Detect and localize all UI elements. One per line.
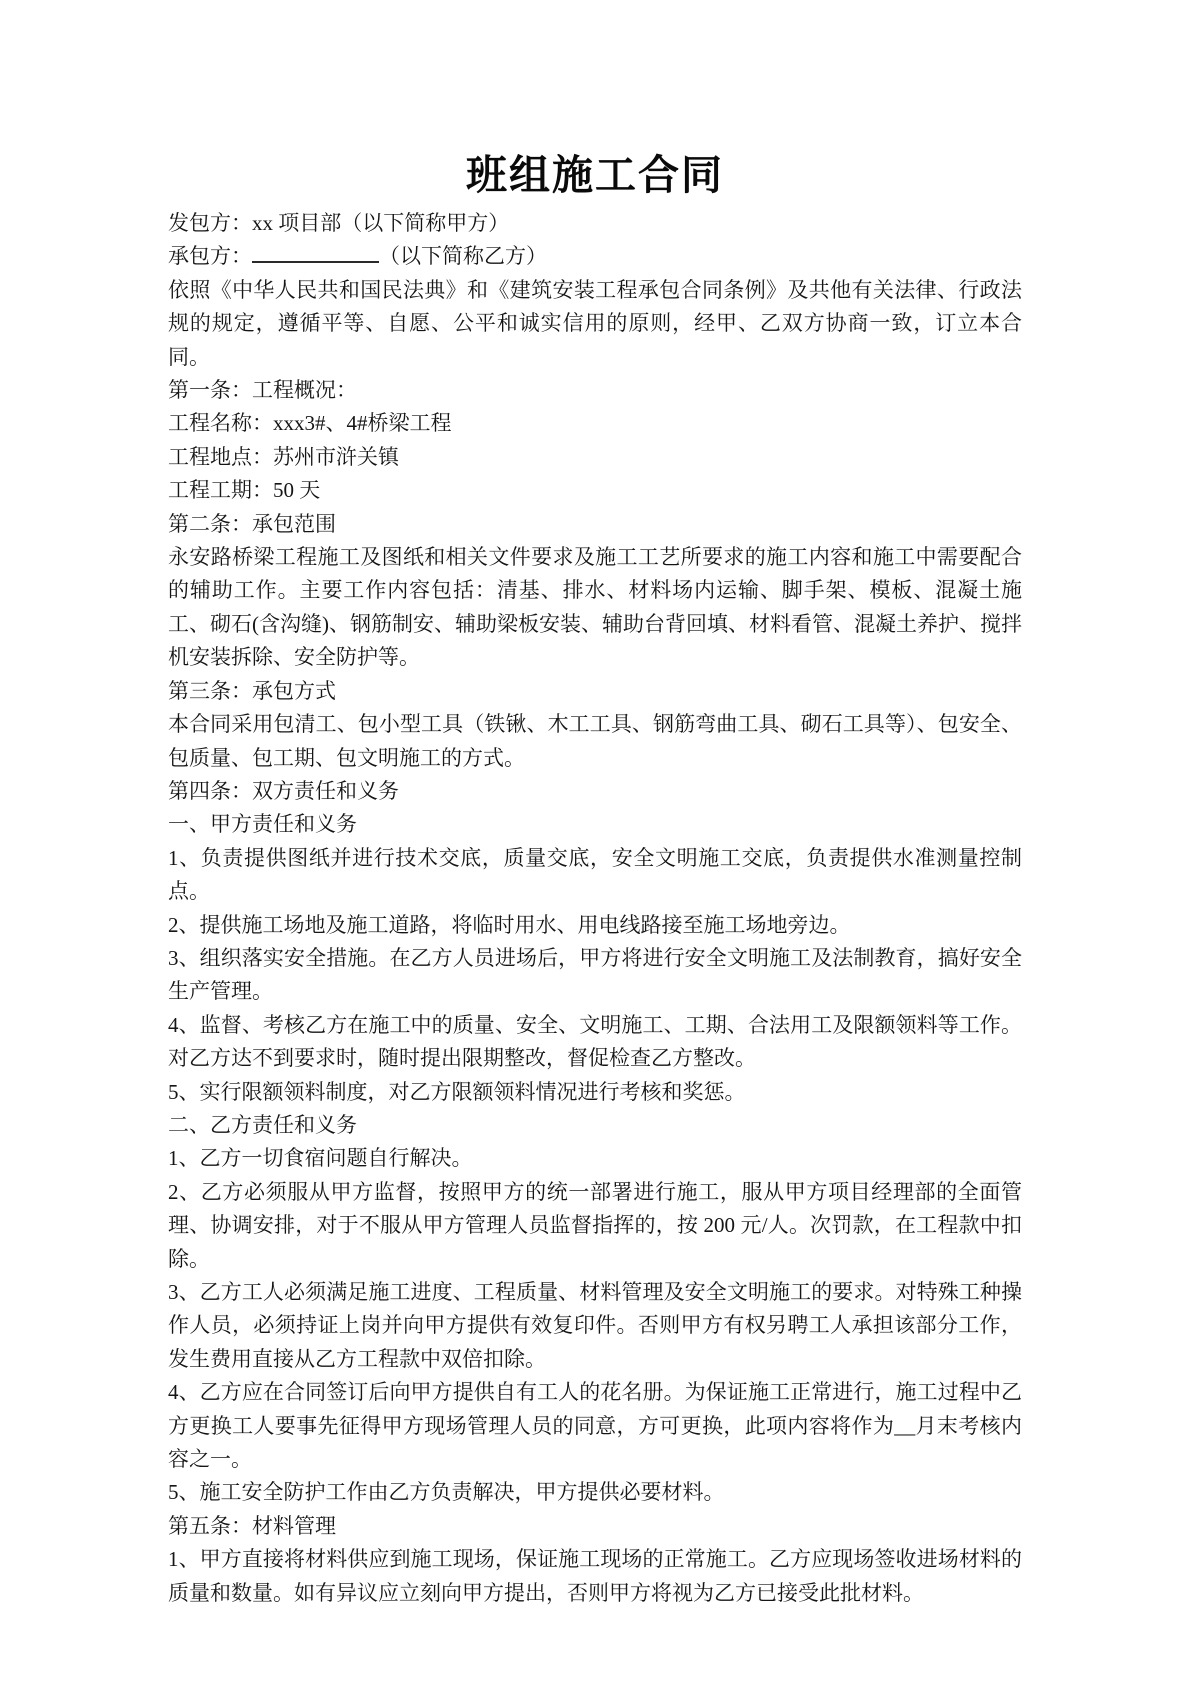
project-location-line: 工程地点：苏州市浒关镇	[168, 441, 1022, 474]
party-b-line: 承包方：（以下简称乙方）	[168, 240, 1022, 273]
party-a-line: 发包方：xx 项目部（以下简称甲方）	[168, 207, 1022, 240]
clause-2-heading: 第二条：承包范围	[168, 508, 1022, 541]
party-b-duty-5: 5、施工安全防护工作由乙方负责解决，甲方提供必要材料。	[168, 1476, 1022, 1509]
clause-5-heading: 第五条：材料管理	[168, 1510, 1022, 1543]
party-b-duty-2: 2、乙方必须服从甲方监督，按照甲方的统一部署进行施工，服从甲方项目经理部的全面管…	[168, 1176, 1022, 1276]
preamble-paragraph: 依照《中华人民共和国民法典》和《建筑安装工程承包合同条例》及共他有关法律、行政法…	[168, 274, 1022, 374]
party-a-duty-4: 4、监督、考核乙方在施工中的质量、安全、文明施工、工期、合法用工及限额领料等工作…	[168, 1009, 1022, 1076]
party-a-duty-2: 2、提供施工场地及施工道路，将临时用水、用电线路接至施工场地旁边。	[168, 909, 1022, 942]
party-b-duty-4: 4、乙方应在合同签订后向甲方提供自有工人的花名册。为保证施工正常进行，施工过程中…	[168, 1376, 1022, 1476]
clause-2-body: 永安路桥梁工程施工及图纸和相关文件要求及施工工艺所要求的施工内容和施工中需要配合…	[168, 541, 1022, 675]
document-title: 班组施工合同	[168, 150, 1022, 200]
contract-page: 班组施工合同 发包方：xx 项目部（以下简称甲方） 承包方：（以下简称乙方） 依…	[168, 150, 1022, 1610]
clause-3-heading: 第三条：承包方式	[168, 675, 1022, 708]
project-name-line: 工程名称：xxx3#、4#桥梁工程	[168, 407, 1022, 440]
document-body: 发包方：xx 项目部（以下简称甲方） 承包方：（以下简称乙方） 依照《中华人民共…	[168, 207, 1022, 1610]
clause-3-body: 本合同采用包清工、包小型工具（铁锹、木工工具、钢筋弯曲工具、砌石工具等）、包安全…	[168, 708, 1022, 775]
clause-5-item-1: 1、甲方直接将材料供应到施工现场，保证施工现场的正常施工。乙方应现场签收进场材料…	[168, 1543, 1022, 1610]
party-a-duty-3: 3、组织落实安全措施。在乙方人员进场后，甲方将进行安全文明施工及法制教育，搞好安…	[168, 942, 1022, 1009]
party-a-duty-5: 5、实行限额领料制度，对乙方限额领料情况进行考核和奖惩。	[168, 1076, 1022, 1109]
party-a-duties-heading: 一、甲方责任和义务	[168, 808, 1022, 841]
party-b-duties-heading: 二、乙方责任和义务	[168, 1109, 1022, 1142]
project-duration-line: 工程工期：50 天	[168, 474, 1022, 507]
party-b-duty-1: 1、乙方一切食宿问题自行解决。	[168, 1142, 1022, 1175]
party-b-prefix: 承包方：	[168, 244, 252, 268]
party-b-duty-3: 3、乙方工人必须满足施工进度、工程质量、材料管理及安全文明施工的要求。对特殊工种…	[168, 1276, 1022, 1376]
party-a-duty-1: 1、负责提供图纸并进行技术交底，质量交底，安全文明施工交底，负责提供水准测量控制…	[168, 842, 1022, 909]
clause-1-heading: 第一条：工程概况：	[168, 374, 1022, 407]
clause-4-heading: 第四条：双方责任和义务	[168, 775, 1022, 808]
party-b-blank-field	[252, 242, 379, 263]
party-b-suffix: （以下简称乙方）	[379, 244, 547, 268]
